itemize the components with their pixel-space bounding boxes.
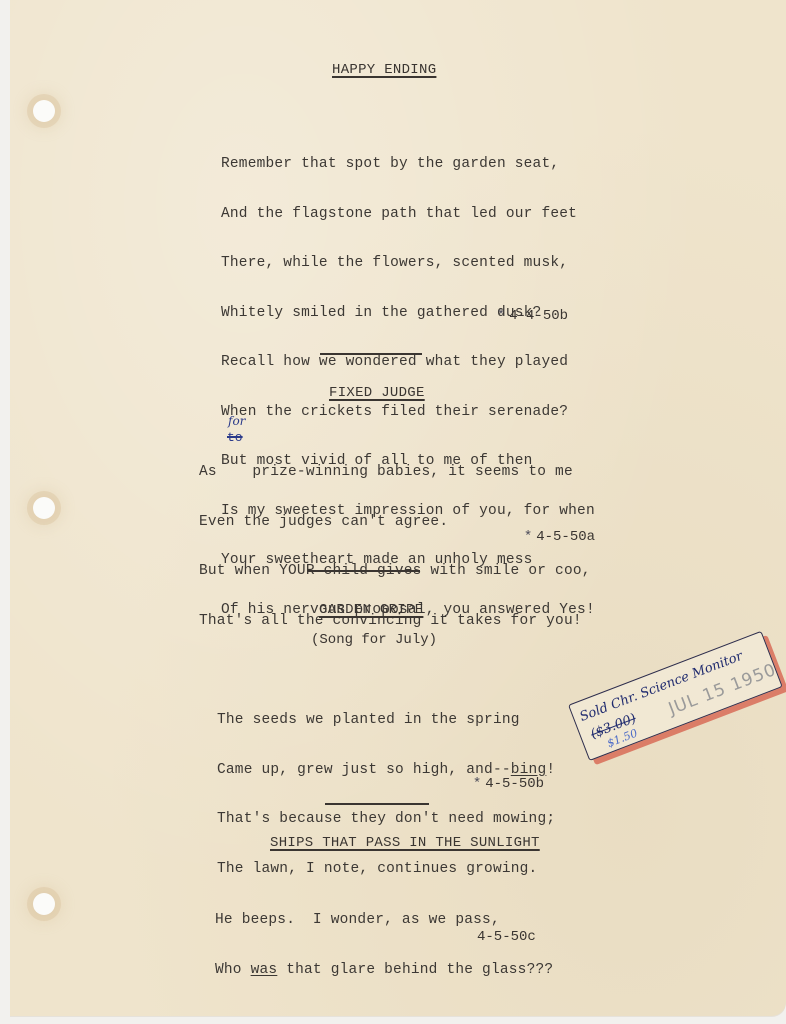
punch-hole-middle: [33, 497, 55, 519]
poem-code-ships: 4-5-50c: [477, 929, 536, 945]
asterisk-mark-icon: *: [473, 776, 481, 792]
handwritten-correction-inserted: for: [228, 414, 245, 428]
poem-code-happy-ending: *4-4-50b: [480, 292, 568, 324]
poem-code-text: 4-4-50b: [509, 308, 568, 324]
poem-line: The lawn, I note, continues growing.: [217, 861, 555, 878]
section-divider: [325, 803, 429, 805]
poem-line: The seeds we planted in the spring: [217, 712, 555, 729]
asterisk-mark-icon: *: [524, 529, 532, 545]
punctuation: !: [546, 762, 555, 778]
poem-title-fixed-judge: FIXED JUDGE: [329, 385, 425, 401]
poem-line: When the crickets filed their serenade?: [221, 404, 595, 421]
poem-line-text: Who: [215, 962, 251, 978]
poem-code-garden-gripe: *4-5-50b: [456, 760, 544, 792]
poem-subtitle: (Song for July): [311, 632, 437, 648]
emphasized-word: was: [251, 962, 278, 978]
poem-line-text: that glare behind the glass???: [277, 962, 553, 978]
poem-code-text: 4-5-50a: [536, 529, 595, 545]
poem-code-text: 4-5-50b: [485, 776, 544, 792]
poem-line: He beeps. I wonder, as we pass,: [215, 912, 553, 929]
section-divider: [320, 353, 422, 355]
poem-title-ships: SHIPS THAT PASS IN THE SUNLIGHT: [270, 835, 540, 851]
poem-line: Who was that glare behind the glass???: [215, 962, 553, 979]
punch-hole-top: [33, 100, 55, 122]
poem-line: Recall how we wondered what they played: [221, 354, 595, 371]
poem-line: As prize-winning babies, it seems to me: [199, 464, 591, 481]
punch-hole-bottom: [33, 893, 55, 915]
poem-line: There, while the flowers, scented musk,: [221, 255, 595, 272]
poem-title-garden-gripe: GARDEN GRIPE: [319, 602, 423, 618]
poem-title-happy-ending: HAPPY ENDING: [332, 62, 436, 78]
poem-code-fixed-judge: *4-5-50a: [507, 513, 595, 545]
poem-line: Remember that spot by the garden seat,: [221, 156, 595, 173]
poem-line: That's because they don't need mowing;: [217, 811, 555, 828]
asterisk-mark-icon: *: [497, 308, 505, 324]
poem-line: And the flagstone path that led our feet: [221, 206, 595, 223]
section-divider: [308, 570, 420, 572]
